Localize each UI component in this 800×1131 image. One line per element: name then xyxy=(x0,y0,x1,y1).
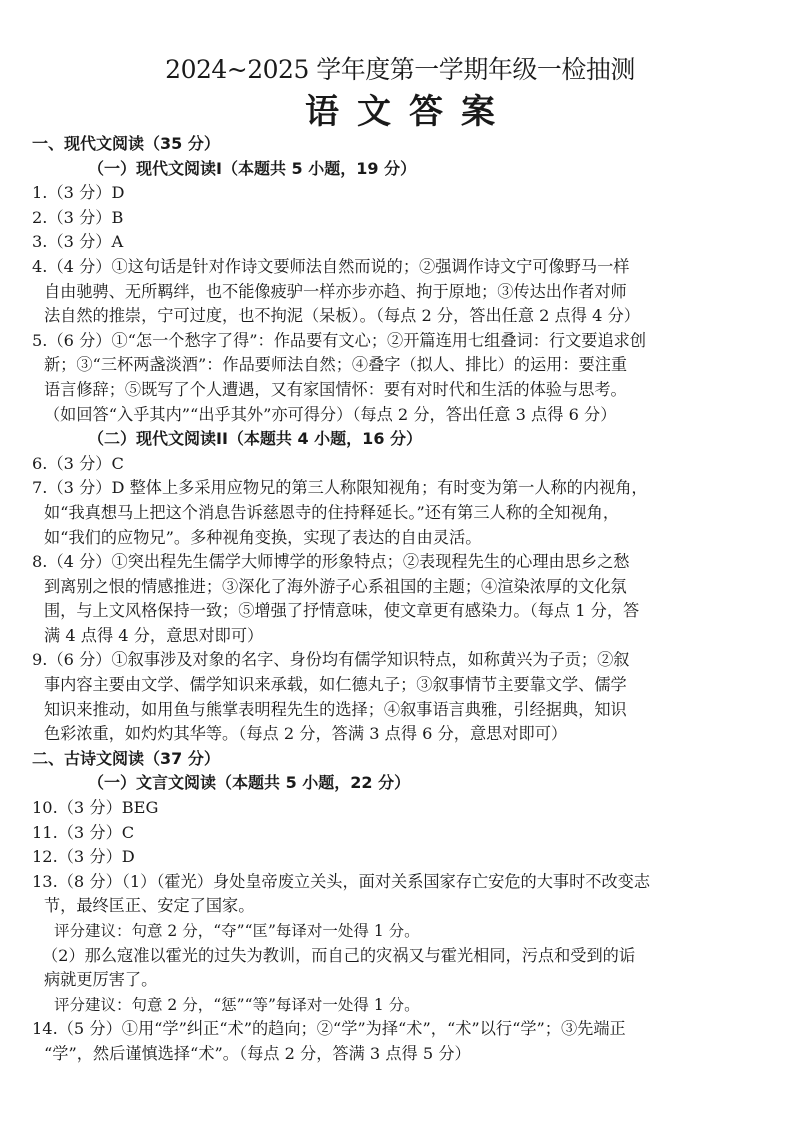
subsection-heading: （二）现代文阅读II（本题共 4 小题，16 分） xyxy=(32,427,772,452)
answer-line: 语言修辞；⑤既写了个人遭遇，又有家国情怀：要有对时代和生活的体验与思考。 xyxy=(32,378,772,403)
answer-line: “学”，然后谨慎选择“术”。（每点 2 分，答满 3 点得 5 分） xyxy=(32,1042,772,1067)
answer-line: 9.（6 分）①叙事涉及对象的名字、身份均有儒学知识特点，如称黄兴为子贡；②叙 xyxy=(32,648,772,673)
answer-line: 节，最终匡正、安定了国家。 xyxy=(32,894,772,919)
exam-title: 2024~2025 学年度第一学期年级一检抽测 xyxy=(0,55,800,85)
answer-line: 14.（5 分）①用“学”纠正“术”的趋向；②“学”为择“术”，“术”以行“学”… xyxy=(32,1017,772,1042)
answer-line: 8.（4 分）①突出程先生儒学大师博学的形象特点；②表现程先生的心理由思乡之愁 xyxy=(32,550,772,575)
answer-line: 色彩浓重，如灼灼其华等。（每点 2 分，答满 3 点得 6 分，意思对即可） xyxy=(32,722,772,747)
answer-line: 4.（4 分）①这句话是针对作诗文要师法自然而说的；②强调作诗文宁可像野马一样 xyxy=(32,255,772,280)
answer-line: 围，与上文风格保持一致；⑤增强了抒情意味，使文章更有感染力。（每点 1 分，答 xyxy=(32,599,772,624)
answer-line: 事内容主要由文学、儒学知识来承载，如仁德丸子；③叙事情节主要靠文学、儒学 xyxy=(32,673,772,698)
subsection-heading: （一）文言文阅读（本题共 5 小题，22 分） xyxy=(32,771,772,796)
answer-line: （如回答“入乎其内”“出乎其外”亦可得分）（每点 2 分，答出任意 3 点得 6… xyxy=(32,403,772,428)
scoring-note: 评分建议：句意 2 分，“惩”“等”每译对一处得 1 分。 xyxy=(32,993,772,1018)
answer-content: 一、现代文阅读（35 分） （一）现代文阅读I（本题共 5 小题，19 分） 1… xyxy=(32,132,772,1067)
answer-sheet-page: 2024~2025 学年度第一学期年级一检抽测 语文答案 一、现代文阅读（35 … xyxy=(0,0,800,1131)
subsection-heading: （一）现代文阅读I（本题共 5 小题，19 分） xyxy=(32,157,772,182)
answer-line: （2）那么寇准以霍光的过失为教训，而自己的灾祸又与霍光相同，污点和受到的诟 xyxy=(32,944,772,969)
answer-line: 自由驰骋、无所羁绊，也不能像疲驴一样亦步亦趋、拘于原地；③传达出作者对师 xyxy=(32,280,772,305)
answer-line: 如“我真想马上把这个消息告诉慈恩寺的住持释延长。”还有第三人称的全知视角， xyxy=(32,501,772,526)
answer-line: 满 4 点得 4 分，意思对即可） xyxy=(32,624,772,649)
section-heading: 一、现代文阅读（35 分） xyxy=(32,132,772,157)
answer-line: 新；③“三杯两盏淡酒”：作品要师法自然；④叠字（拟人、排比）的运用：要注重 xyxy=(32,353,772,378)
answer-line: 13.（8 分）（1）（霍光）身处皇帝废立关头，面对关系国家存亡安危的大事时不改… xyxy=(32,870,772,895)
page-title: 语文答案 xyxy=(0,92,800,132)
answer-line: 3.（3 分）A xyxy=(32,230,772,255)
answer-line: 12.（3 分）D xyxy=(32,845,772,870)
answer-line: 1.（3 分）D xyxy=(32,181,772,206)
section-heading: 二、古诗文阅读（37 分） xyxy=(32,747,772,772)
answer-line: 如“我们的应物兄”。多种视角变换，实现了表达的自由灵活。 xyxy=(32,526,772,551)
answer-line: 5.（6 分）①“怎一个愁字了得”：作品要有文心；②开篇连用七组叠词：行文要追求… xyxy=(32,329,772,354)
answer-line: 法自然的推崇，宁可过度，也不拘泥（呆板）。（每点 2 分，答出任意 2 点得 4… xyxy=(32,304,772,329)
answer-line: 到离别之恨的情感推进；③深化了海外游子心系祖国的主题；④渲染浓厚的文化氛 xyxy=(32,575,772,600)
answer-line: 6.（3 分）C xyxy=(32,452,772,477)
answer-line: 10.（3 分）BEG xyxy=(32,796,772,821)
scoring-note: 评分建议：句意 2 分，“夺”“匡”每译对一处得 1 分。 xyxy=(32,919,772,944)
answer-line: 7.（3 分）D 整体上多采用应物兄的第三人称限知视角；有时变为第一人称的内视角… xyxy=(32,476,772,501)
answer-line: 知识来推动，如用鱼与熊掌表明程先生的选择；④叙事语言典雅，引经据典，知识 xyxy=(32,698,772,723)
answer-line: 11.（3 分）C xyxy=(32,821,772,846)
answer-line: 病就更厉害了。 xyxy=(32,968,772,993)
answer-line: 2.（3 分）B xyxy=(32,206,772,231)
